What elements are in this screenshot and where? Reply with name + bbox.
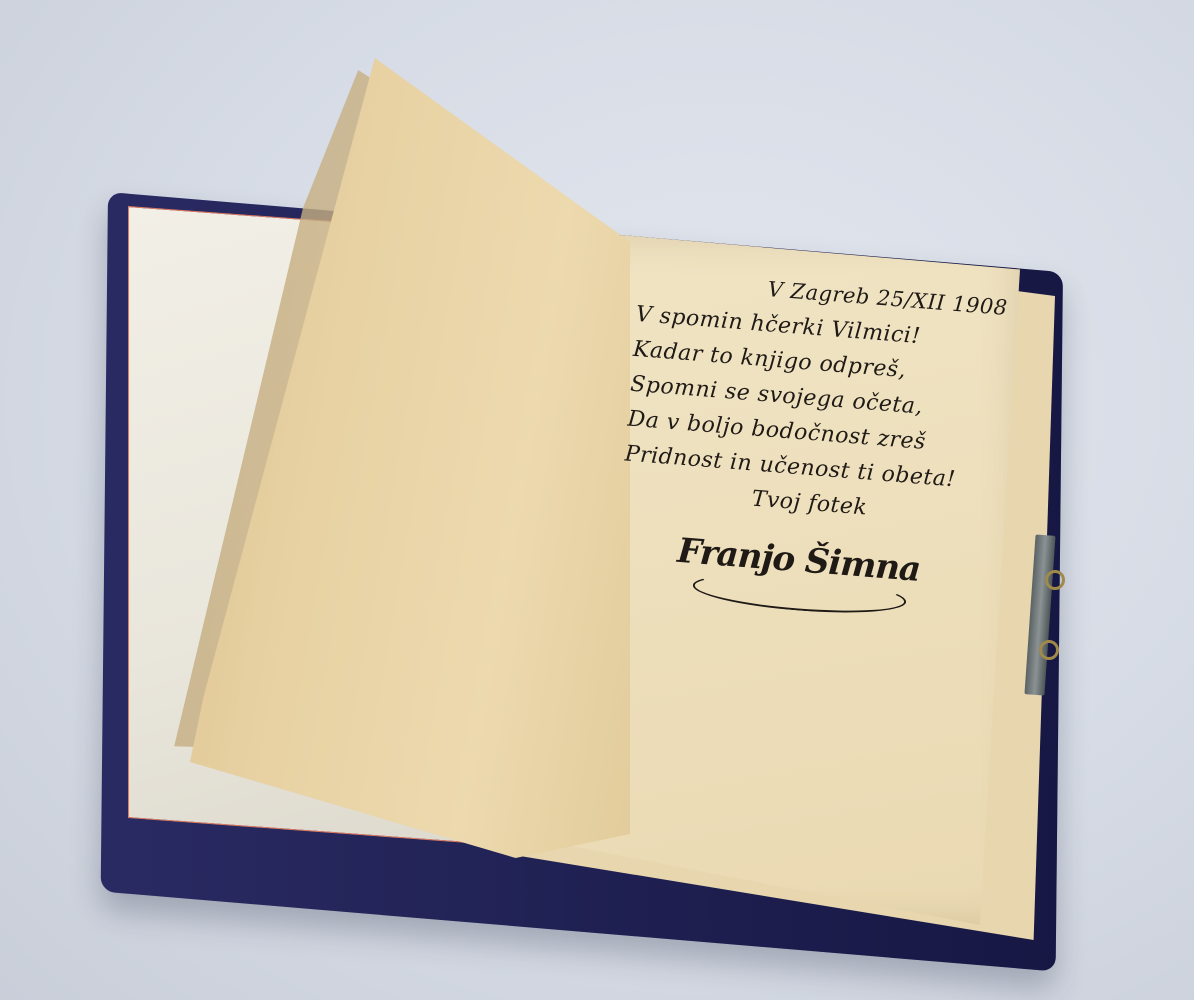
photo-scene: V Zagreb 25/XII 1908 V spomin hčerki Vil… [0,0,1194,1000]
clasp-hinge-ring-bottom [1039,640,1059,660]
handwritten-inscription: V Zagreb 25/XII 1908 V spomin hčerki Vil… [614,262,1019,626]
clasp-hinge-ring-top [1045,570,1065,590]
